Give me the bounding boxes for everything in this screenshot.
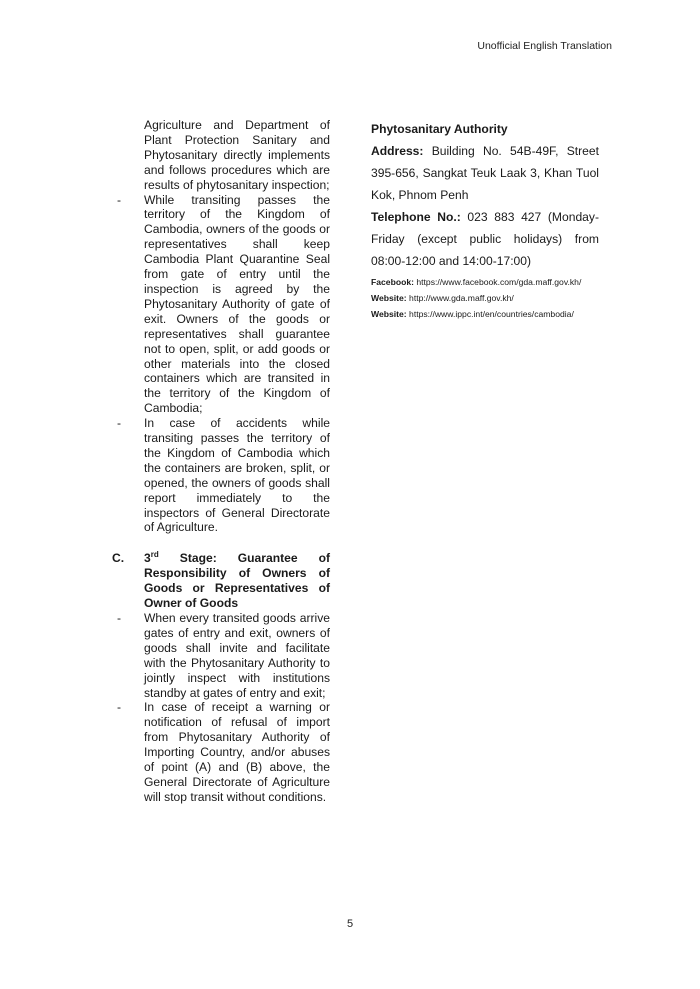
gda-website-link[interactable]: http://www.gda.maff.gov.kh/ (409, 293, 514, 303)
intro-paragraph: Agriculture and Department of Plant Prot… (112, 118, 330, 193)
facebook-link[interactable]: https://www.facebook.com/gda.maff.gov.kh… (416, 277, 581, 287)
left-column: Agriculture and Department of Plant Prot… (112, 118, 330, 805)
ippc-website-link[interactable]: https://www.ippc.int/en/countries/cambod… (409, 309, 574, 319)
list-item-text: In case of receipt a warning or notifica… (144, 700, 330, 803)
list-item: - While transiting passes the territory … (112, 193, 330, 417)
list-item-text: In case of accidents while transiting pa… (144, 416, 330, 534)
facebook-link-row: Facebook: https://www.facebook.com/gda.m… (371, 274, 599, 290)
website-link-row: Website: https://www.ippc.int/en/countri… (371, 306, 599, 322)
authority-title: Phytosanitary Authority (371, 118, 599, 140)
list-item: - When every transited goods arrive gate… (112, 611, 330, 700)
list-item: - In case of accidents while transiting … (112, 416, 330, 535)
section-ordinal: 3 (144, 551, 151, 565)
bullet-dash: - (117, 611, 121, 626)
website-label: Website: (371, 309, 407, 319)
telephone-label: Telephone No.: (371, 210, 461, 224)
page-number: 5 (0, 918, 700, 930)
telephone-block: Telephone No.: 023 883 427 (Monday-Frida… (371, 206, 599, 272)
page-header: Unofficial English Translation (477, 40, 612, 52)
website-label: Website: (371, 293, 407, 303)
bullet-dash: - (117, 193, 121, 208)
section-letter: C. (112, 551, 124, 566)
bullet-dash: - (117, 700, 121, 715)
section-c-heading: C. 3rd Stage: Guarantee of Responsibilit… (112, 551, 330, 611)
section-ordinal-suffix: rd (151, 550, 159, 559)
website-link-row: Website: http://www.gda.maff.gov.kh/ (371, 290, 599, 306)
bullet-dash: - (117, 416, 121, 431)
address-block: Address: Building No. 54B-49F, Street 39… (371, 140, 599, 206)
section-title: Stage: Guarantee of Responsibility of Ow… (144, 551, 330, 610)
list-item: - In case of receipt a warning or notifi… (112, 700, 330, 804)
facebook-label: Facebook: (371, 277, 414, 287)
right-column: Phytosanitary Authority Address: Buildin… (371, 118, 599, 322)
list-item-text: While transiting passes the territory of… (144, 193, 330, 416)
list-item-text: When every transited goods arrive gates … (144, 611, 330, 700)
address-label: Address: (371, 144, 423, 158)
